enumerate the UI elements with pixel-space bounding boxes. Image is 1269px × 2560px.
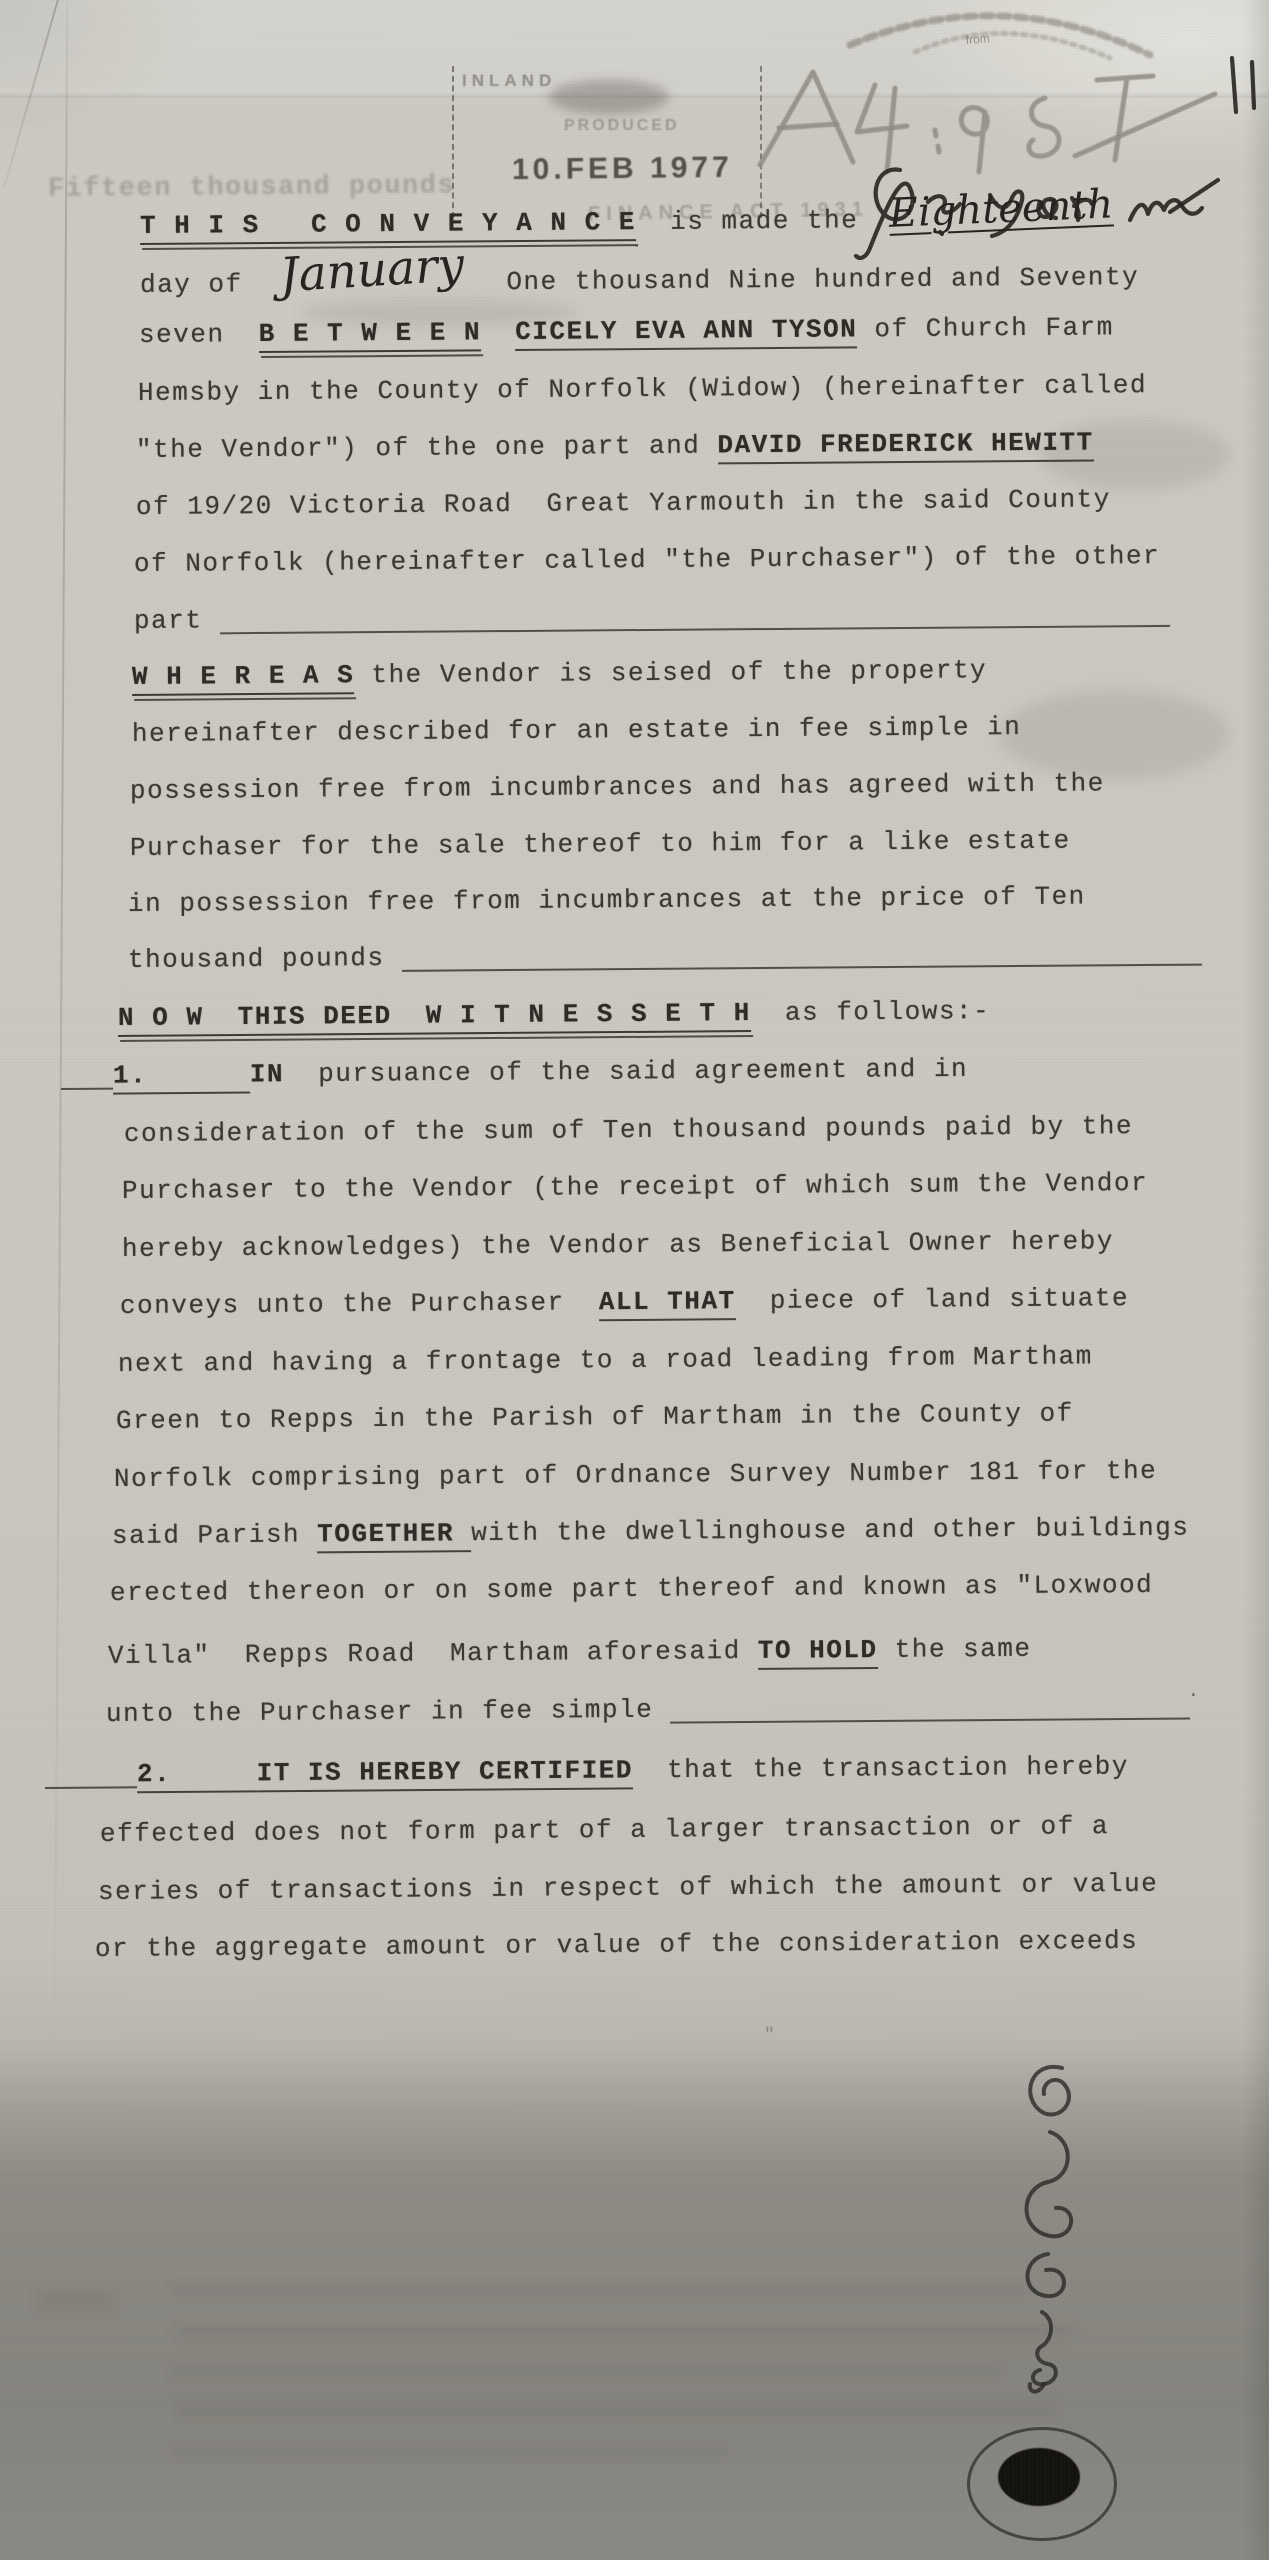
- typed-line: of 19/20 Victoria Road Great Yarmouth in…: [136, 484, 1111, 522]
- typed-line: conveys unto the Purchaser ALL THAT piec…: [120, 1283, 1129, 1325]
- text-segment: unto the Purchaser in fee simple: [106, 1695, 671, 1729]
- typed-line: consideration of the sum of Ten thousand…: [124, 1111, 1133, 1149]
- typed-line: in possession free from incumbrances at …: [128, 881, 1086, 919]
- typed-line: Villa" Repps Road Martham aforesaid TO H…: [108, 1634, 1032, 1675]
- typed-line: 1. IN pursuance of the said agreement an…: [61, 1054, 968, 1095]
- typed-line: Purchaser for the sale thereof to him fo…: [130, 826, 1071, 863]
- text-segment: T H I S C O N V E Y A N C E: [140, 207, 636, 245]
- text-segment: of 19/20 Victoria Road Great Yarmouth in…: [136, 484, 1111, 522]
- ink-scribble-note: [840, 140, 1260, 280]
- text-segment: Norfolk comprising part of Ordnance Surv…: [114, 1456, 1157, 1494]
- typed-line: of Norfolk (hereinafter called "the Purc…: [134, 541, 1160, 579]
- typed-line: Green to Repps in the Parish of Martham …: [116, 1398, 1074, 1436]
- text-segment: TO HOLD: [758, 1635, 878, 1670]
- bleed-through-row: [36, 2290, 116, 2314]
- text-segment: Purchaser to the Vendor (the receipt of …: [122, 1168, 1148, 1206]
- typed-line: seven B E T W E E N CICELY EVA ANN TYSON…: [139, 312, 1114, 354]
- hole-punch-hole: [998, 2448, 1080, 2506]
- typed-line: hereinafter described for an estate in f…: [132, 712, 1022, 749]
- typed-line: thousand pounds: [128, 937, 1202, 975]
- typed-line: said Parish TOGETHER with the dwellingho…: [112, 1513, 1190, 1555]
- bleed-through-row: [170, 2285, 1030, 2296]
- text-segment: the Vendor is seised of the property: [354, 655, 987, 690]
- text-segment: Green to Repps in the Parish of Martham …: [116, 1398, 1074, 1436]
- typed-line: erected thereon or on some part thereof …: [110, 1570, 1153, 1608]
- typed-line: N O W THIS DEED W I T N E S S E T H as f…: [118, 996, 990, 1037]
- text-segment: Hemsby in the County of Norfolk (Widow) …: [138, 370, 1147, 408]
- text-segment: part: [134, 605, 220, 636]
- bleed-through-row: [175, 2325, 1075, 2336]
- text-segment: N O W THIS DEED W I T N E S S E T H: [118, 998, 751, 1037]
- typed-line: Hemsby in the County of Norfolk (Widow) …: [138, 370, 1147, 408]
- blank-fill-rule: [402, 964, 1202, 972]
- text-segment: next and having a frontage to a road lea…: [118, 1341, 1093, 1379]
- typed-line: next and having a frontage to a road lea…: [118, 1341, 1093, 1379]
- text-segment: that the transaction hereby: [633, 1751, 1129, 1785]
- text-segment: erected thereon or on some part thereof …: [110, 1570, 1153, 1608]
- stamp-arc-word: from: [965, 31, 990, 47]
- typed-line: hereby acknowledges) the Vendor as Benef…: [122, 1226, 1114, 1264]
- stray-dot: .: [1188, 1682, 1199, 1702]
- stray-quote-mark: ": [764, 2026, 775, 2046]
- typed-line: 2. IT IS HEREBY CERTIFIED that the trans…: [45, 1751, 1129, 1794]
- text-segment: seven: [139, 319, 259, 350]
- text-segment: conveys unto the Purchaser: [120, 1287, 599, 1321]
- text-segment: in possession free from incumbrances at …: [128, 881, 1086, 919]
- bleed-through-row: [178, 2405, 1058, 2416]
- text-segment: hereinafter described for an estate in f…: [132, 712, 1022, 749]
- vertical-signature: [990, 2040, 1160, 2420]
- blank-fill-rule: [670, 1717, 1190, 1723]
- text-segment: W H E R E A S: [132, 660, 355, 696]
- text-segment: effected does not form part of a larger …: [100, 1811, 1109, 1849]
- text-segment: CICELY EVA ANN TYSON: [515, 314, 857, 351]
- text-segment: 2.: [137, 1758, 257, 1793]
- typed-line: possession free from incumbrances and ha…: [130, 768, 1105, 806]
- handwritten-text: January: [259, 250, 473, 293]
- typed-line: "the Vendor") of the one part and DAVID …: [136, 427, 1094, 469]
- text-segment: of Norfolk (hereinafter called "the Purc…: [134, 541, 1160, 579]
- text-segment: hereby acknowledges) the Vendor as Benef…: [122, 1226, 1114, 1264]
- text-segment: B E T W E E N: [259, 317, 482, 353]
- text-segment: 1.: [113, 1060, 250, 1095]
- text-segment: ALL THAT: [599, 1286, 736, 1321]
- text-segment: said Parish: [112, 1519, 317, 1551]
- bleed-through-row: [170, 2445, 730, 2456]
- bleed-through-row: [170, 2365, 1000, 2376]
- text-segment: DAVID FREDERICK HEWITT: [717, 427, 1094, 464]
- text-segment: as follows:-: [751, 996, 991, 1028]
- text-segment: consideration of the sum of Ten thousand…: [124, 1111, 1133, 1149]
- typed-line: Purchaser to the Vendor (the receipt of …: [122, 1168, 1148, 1206]
- typed-line: Norfolk comprising part of Ordnance Surv…: [114, 1456, 1157, 1494]
- text-segment: piece of land situate: [736, 1283, 1130, 1316]
- text-segment: Purchaser for the sale thereof to him fo…: [130, 826, 1071, 863]
- typed-line: effected does not form part of a larger …: [100, 1811, 1109, 1849]
- typed-line: unto the Purchaser in fee simple: [106, 1690, 1191, 1729]
- text-segment: series of transactions in respect of whi…: [98, 1869, 1159, 1907]
- text-segment: thousand pounds: [128, 943, 402, 975]
- text-segment: the same: [877, 1634, 1031, 1665]
- blank-fill-rule: [220, 625, 1170, 634]
- blank-fill-rule: [45, 1786, 137, 1789]
- document-photo: Fifteen thousand pounds INLAND PRODUCED …: [0, 0, 1269, 2560]
- text-segment: "the Vendor") of the one part and: [136, 430, 718, 465]
- text-segment: TOGETHER: [317, 1518, 471, 1553]
- text-segment: IT IS HEREBY CERTIFIED: [257, 1755, 634, 1792]
- text-segment: Villa" Repps Road Martham aforesaid: [108, 1636, 758, 1671]
- right-edge-shadow: [1243, 0, 1269, 2560]
- text-segment: or the aggregate amount or value of the …: [95, 1926, 1138, 1964]
- text-segment: IN: [250, 1059, 284, 1089]
- text-segment: possession free from incumbrances and ha…: [130, 768, 1105, 806]
- typed-line: or the aggregate amount or value of the …: [95, 1926, 1138, 1964]
- text-segment: [481, 317, 515, 347]
- text-segment: of Church Farm: [857, 312, 1114, 344]
- typed-line: W H E R E A S the Vendor is seised of th…: [132, 655, 987, 696]
- typed-line: part: [134, 598, 1170, 636]
- text-segment: day of: [140, 269, 260, 300]
- text-segment: with the dwellinghouse and other buildin…: [471, 1513, 1190, 1549]
- typed-line: series of transactions in respect of whi…: [98, 1869, 1159, 1907]
- text-segment: pursuance of the said agreement and in: [284, 1054, 968, 1089]
- blank-fill-rule: [61, 1088, 113, 1090]
